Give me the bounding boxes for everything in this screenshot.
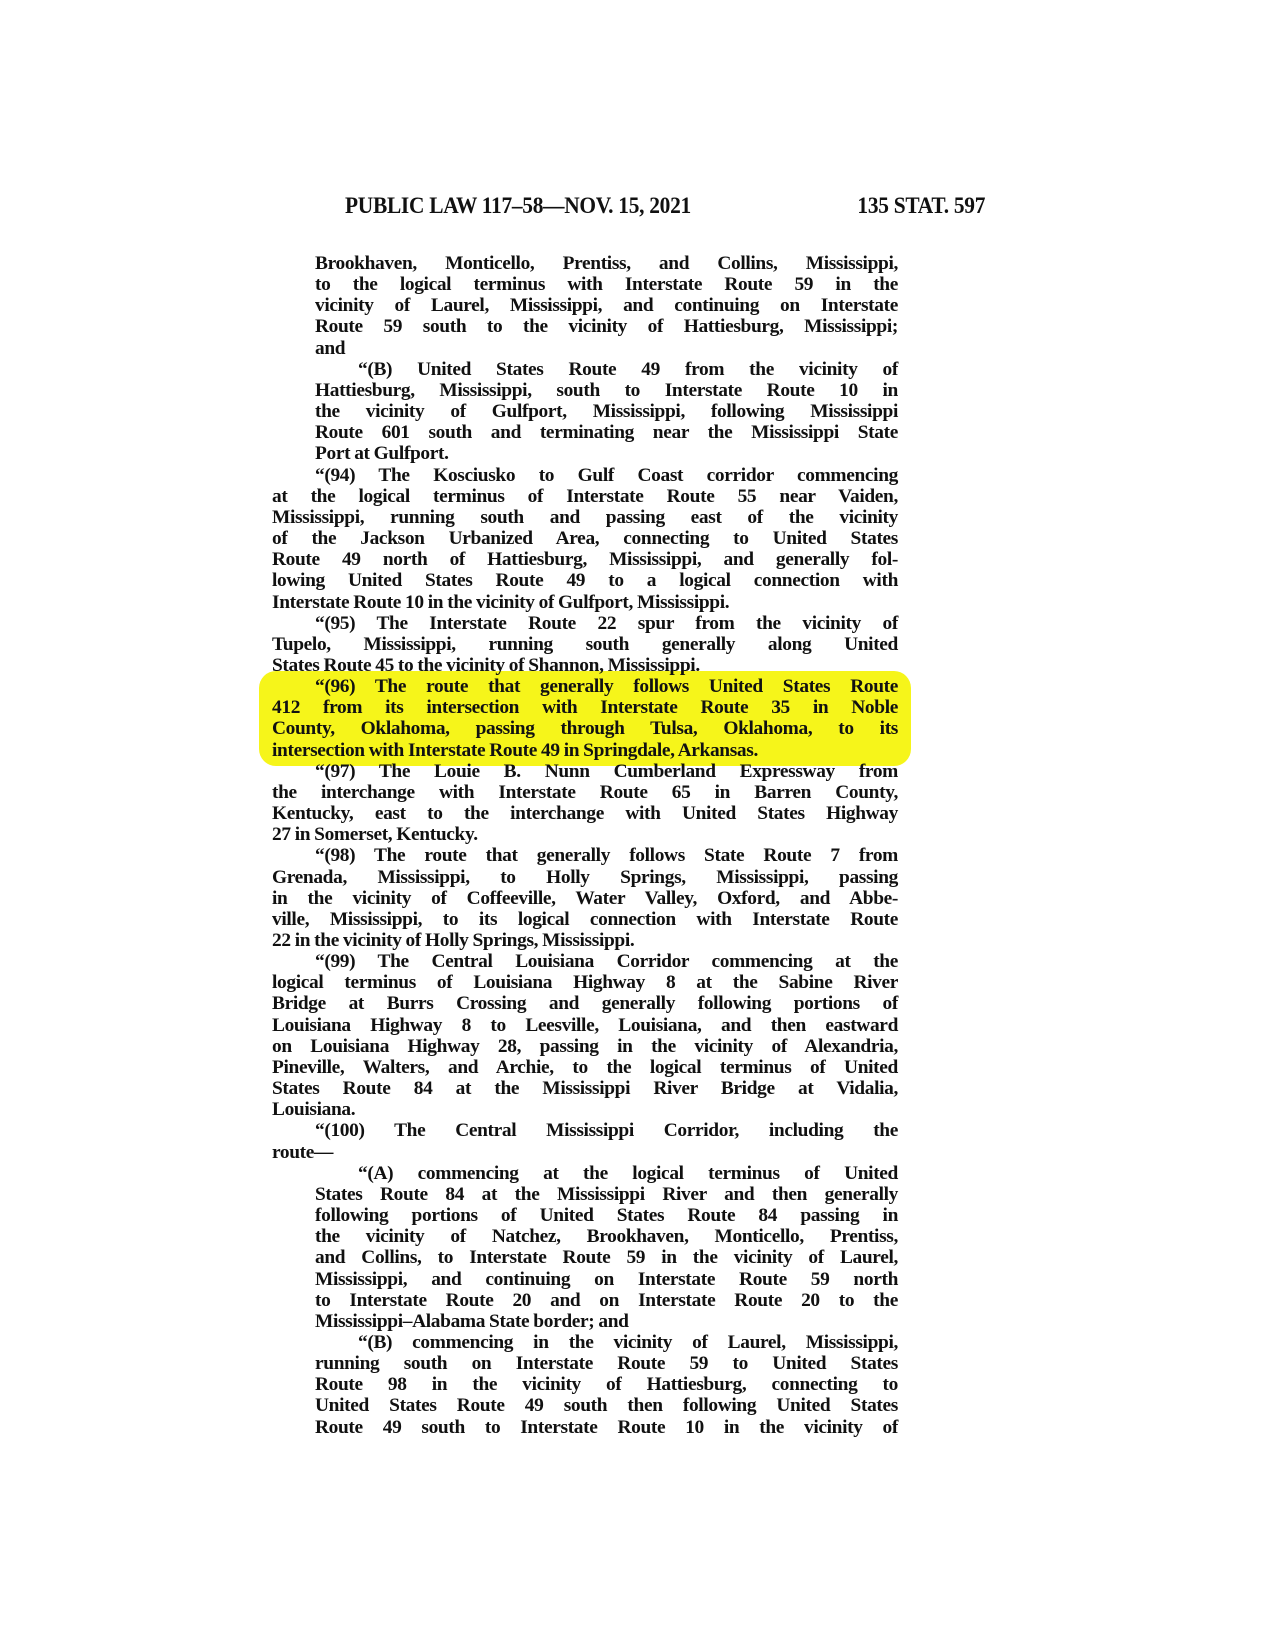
text-line: “(100) The Central Mississippi Corridor,… [272, 1120, 898, 1141]
text-line: Hattiesburg, Mississippi, south to Inter… [315, 380, 898, 401]
text-line: 27 in Somerset, Kentucky. [272, 824, 898, 845]
text-line: Mississippi, running south and passing e… [272, 507, 898, 528]
text-line: Bridge at Burrs Crossing and generally f… [272, 993, 898, 1014]
paragraph-98: “(98) The route that generally follows S… [272, 845, 898, 951]
statute-body-text: Brookhaven, Monticello, Prentiss, and Co… [272, 253, 898, 1438]
header-page-number: 135 STAT. 597 [857, 193, 985, 219]
text-line: Kentucky, east to the interchange with U… [272, 803, 898, 824]
text-line: of the Jackson Urbanized Area, connectin… [272, 528, 898, 549]
text-line: “(B) United States Route 49 from the vic… [315, 359, 898, 380]
paragraph-100: “(100) The Central Mississippi Corridor,… [272, 1120, 898, 1162]
paragraph-93B: “(B) United States Route 49 from the vic… [315, 359, 898, 465]
text-line: ville, Mississippi, to its logical conne… [272, 909, 898, 930]
text-line: the interchange with Interstate Route 65… [272, 782, 898, 803]
text-line: 412 from its intersection with Interstat… [272, 697, 898, 718]
text-line: “(98) The route that generally follows S… [272, 845, 898, 866]
text-line: Route 601 south and terminating near the… [315, 422, 898, 443]
text-line: following portions of United States Rout… [315, 1205, 898, 1226]
text-line: Brookhaven, Monticello, Prentiss, and Co… [315, 253, 898, 274]
text-line: “(A) commencing at the logical terminus … [315, 1163, 898, 1184]
text-line: “(94) The Kosciusko to Gulf Coast corrid… [272, 465, 898, 486]
text-line: lowing United States Route 49 to a logic… [272, 570, 898, 591]
text-line: in the vicinity of Coffeeville, Water Va… [272, 888, 898, 909]
text-line: intersection with Interstate Route 49 in… [272, 740, 898, 761]
text-line: the vicinity of Natchez, Brookhaven, Mon… [315, 1226, 898, 1247]
text-line: Route 49 south to Interstate Route 10 in… [315, 1417, 898, 1438]
text-line: United States Route 49 south then follow… [315, 1395, 898, 1416]
text-line: Route 98 in the vicinity of Hattiesburg,… [315, 1374, 898, 1395]
paragraph-97: “(97) The Louie B. Nunn Cumberland Expre… [272, 761, 898, 846]
text-line: County, Oklahoma, passing through Tulsa,… [272, 718, 898, 739]
text-line: Pineville, Walters, and Archie, to the l… [272, 1057, 898, 1078]
paragraph-93A-cont: Brookhaven, Monticello, Prentiss, and Co… [315, 253, 898, 359]
text-line: running south on Interstate Route 59 to … [315, 1353, 898, 1374]
text-line: Louisiana. [272, 1099, 898, 1120]
text-line: the vicinity of Gulfport, Mississippi, f… [315, 401, 898, 422]
text-line: “(97) The Louie B. Nunn Cumberland Expre… [272, 761, 898, 782]
text-line: “(B) commencing in the vicinity of Laure… [315, 1332, 898, 1353]
text-line: Route 49 north of Hattiesburg, Mississip… [272, 549, 898, 570]
text-line: 22 in the vicinity of Holly Springs, Mis… [272, 930, 898, 951]
header-law-citation: PUBLIC LAW 117–58—NOV. 15, 2021 [345, 193, 691, 219]
text-line: “(95) The Interstate Route 22 spur from … [272, 613, 898, 634]
paragraph-94: “(94) The Kosciusko to Gulf Coast corrid… [272, 465, 898, 613]
text-line: Port at Gulfport. [315, 443, 898, 464]
text-line: States Route 45 to the vicinity of Shann… [272, 655, 898, 676]
text-line: Grenada, Mississippi, to Holly Springs, … [272, 867, 898, 888]
text-line: Route 59 south to the vicinity of Hattie… [315, 316, 898, 337]
text-line: route— [272, 1142, 898, 1163]
paragraph-95: “(95) The Interstate Route 22 spur from … [272, 613, 898, 676]
paragraph-100A: “(A) commencing at the logical terminus … [315, 1163, 898, 1332]
text-line: to Interstate Route 20 and on Interstate… [315, 1290, 898, 1311]
text-line: and Collins, to Interstate Route 59 in t… [315, 1247, 898, 1268]
text-line: Mississippi–Alabama State border; and [315, 1311, 898, 1332]
text-line: States Route 84 at the Mississippi River… [315, 1184, 898, 1205]
text-line: logical terminus of Louisiana Highway 8 … [272, 972, 898, 993]
paragraph-100B: “(B) commencing in the vicinity of Laure… [315, 1332, 898, 1438]
text-line: on Louisiana Highway 28, passing in the … [272, 1036, 898, 1057]
text-line: States Route 84 at the Mississippi River… [272, 1078, 898, 1099]
text-line: “(96) The route that generally follows U… [272, 676, 898, 697]
text-line: Mississippi, and continuing on Interstat… [315, 1269, 898, 1290]
text-line: Tupelo, Mississippi, running south gener… [272, 634, 898, 655]
text-line: “(99) The Central Louisiana Corridor com… [272, 951, 898, 972]
running-header: PUBLIC LAW 117–58—NOV. 15, 2021 135 STAT… [345, 193, 987, 223]
text-line: and [315, 338, 898, 359]
paragraph-99: “(99) The Central Louisiana Corridor com… [272, 951, 898, 1120]
paragraph-96: “(96) The route that generally follows U… [264, 676, 906, 761]
text-line: vicinity of Laurel, Mississippi, and con… [315, 295, 898, 316]
text-line: to the logical terminus with Interstate … [315, 274, 898, 295]
text-line: Louisiana Highway 8 to Leesville, Louisi… [272, 1015, 898, 1036]
text-line: at the logical terminus of Interstate Ro… [272, 486, 898, 507]
text-line: Interstate Route 10 in the vicinity of G… [272, 592, 898, 613]
